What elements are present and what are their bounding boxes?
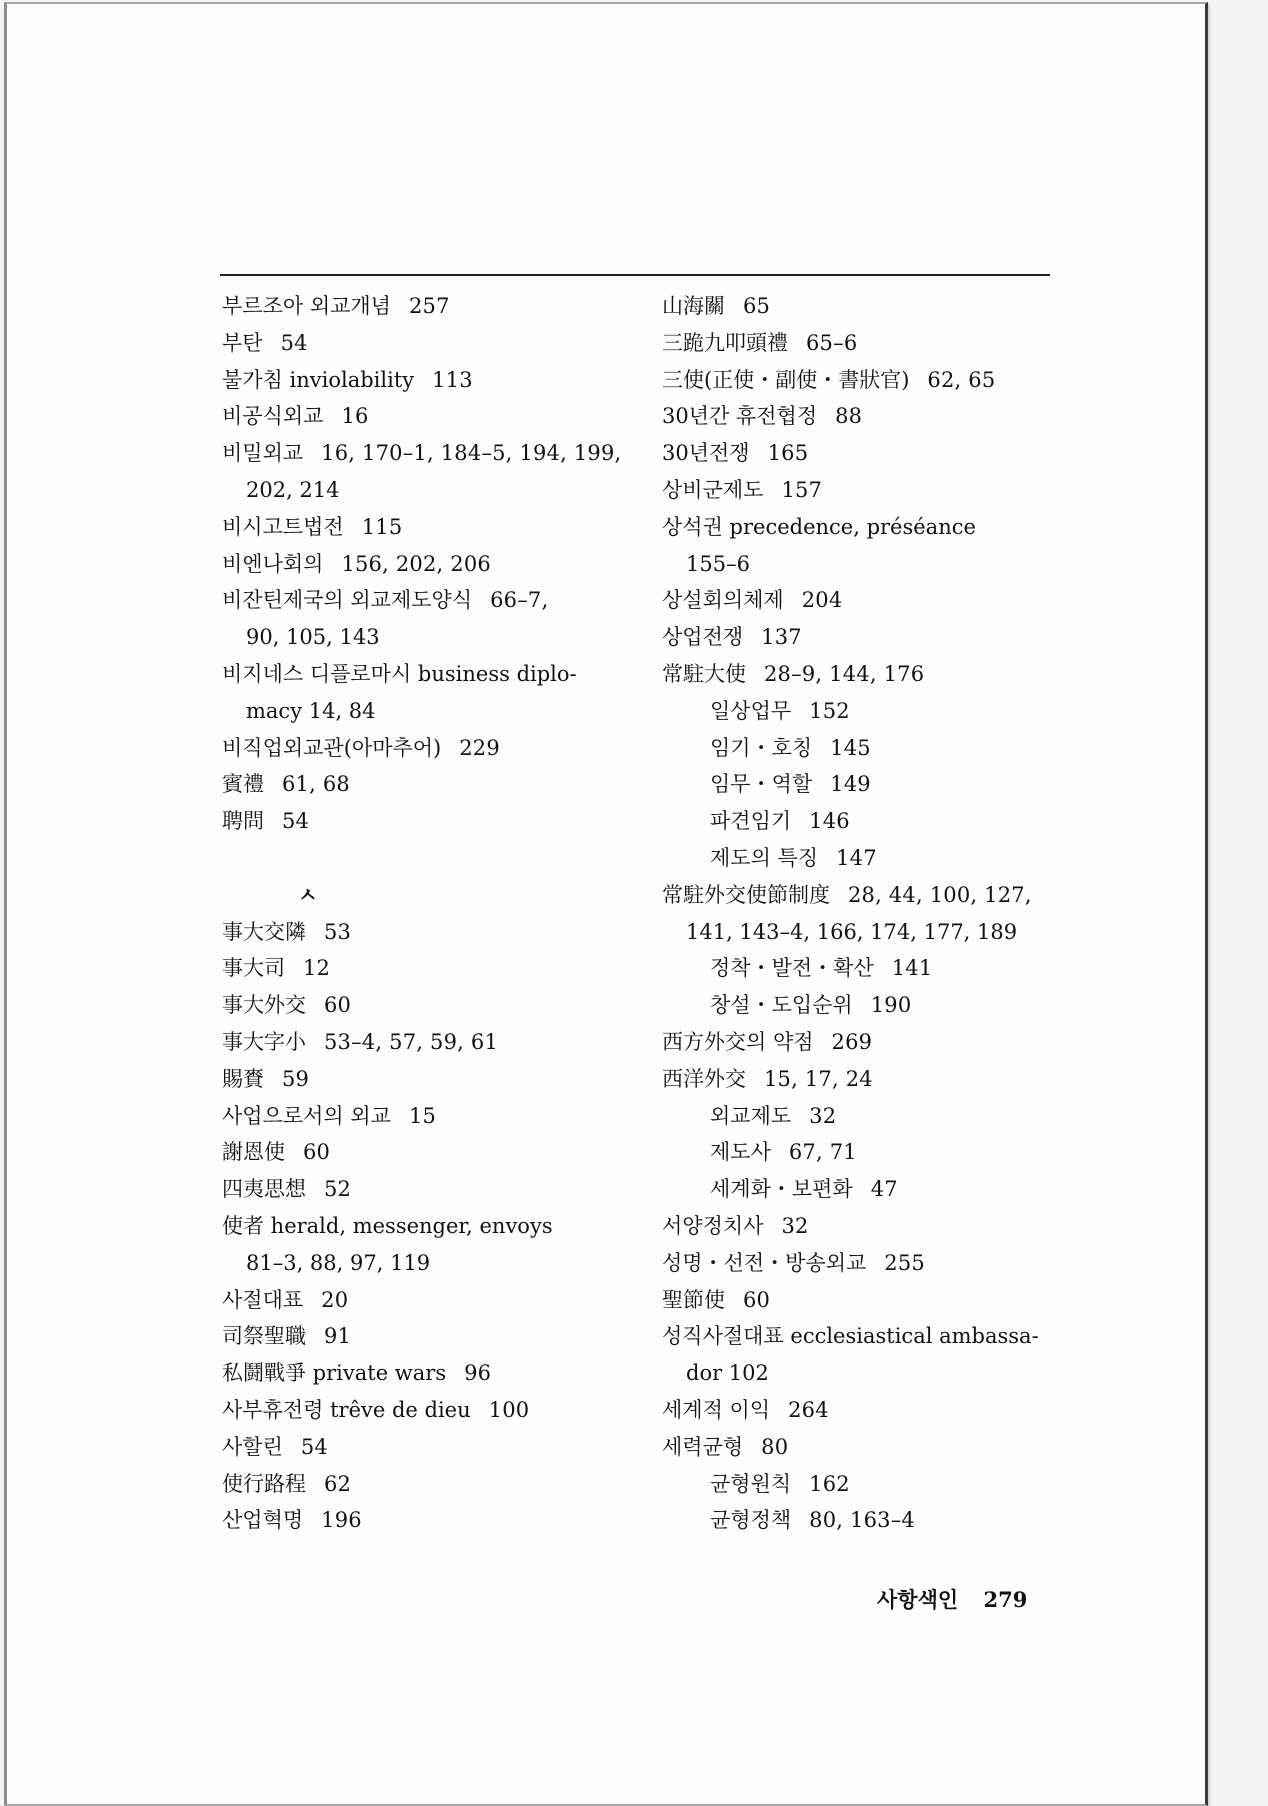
entry-term: 사업으로서의 외교 <box>222 1104 391 1128</box>
subentry-term: 정착・발전・확산 <box>710 956 874 980</box>
page-references: 54 <box>282 809 309 833</box>
entry-term: 상업전쟁 <box>662 625 743 649</box>
page-references: 15 <box>409 1104 436 1128</box>
subentry-term: 창설・도입순위 <box>710 993 853 1017</box>
index-entry-continuation: 155–6 <box>662 546 1062 583</box>
index-subentry: 제도의 특징147 <box>662 840 1062 877</box>
index-entry-continuation: 81–3, 88, 97, 119 <box>222 1245 632 1282</box>
index-entry: 賜賚59 <box>222 1061 632 1098</box>
page-references: 16, 170–1, 184–5, 194, 199, <box>321 441 621 465</box>
entry-term: 부르조아 외교개념 <box>222 294 391 318</box>
page-references: 264 <box>788 1398 829 1422</box>
index-subentry: 정착・발전・확산141 <box>662 950 1062 987</box>
index-subentry: 창설・도입순위190 <box>662 987 1062 1024</box>
index-entry: 聖節使60 <box>662 1282 1062 1319</box>
index-entry: 세계적 이익264 <box>662 1392 1062 1429</box>
index-subentry: 제도사67, 71 <box>662 1134 1062 1171</box>
index-entry: 불가침 inviolability113 <box>222 362 632 399</box>
index-entry: 비공식외교16 <box>222 398 632 435</box>
page-references: 100 <box>489 1398 530 1422</box>
index-subentry: 임무・역할149 <box>662 766 1062 803</box>
entry-term: 30년간 휴전협정 <box>662 404 817 428</box>
book-page: 부르조아 외교개념257부탄54불가침 inviolability113비공식외… <box>4 2 1208 1806</box>
page-references: 32 <box>781 1214 808 1238</box>
entry-term: 사할린 <box>222 1435 283 1459</box>
page-references: 47 <box>871 1177 898 1201</box>
entry-term: 사부휴전령 trêve de dieu <box>222 1398 471 1422</box>
index-entry-continuation: 141, 143–4, 166, 174, 177, 189 <box>662 914 1062 951</box>
entry-term: 事大字小 <box>222 1030 306 1054</box>
index-entry: 성명・선전・방송외교255 <box>662 1245 1062 1282</box>
page-references: 149 <box>830 772 871 796</box>
index-entry: 賓禮61, 68 <box>222 766 632 803</box>
page-references: 190 <box>871 993 912 1017</box>
page-references: 162 <box>809 1472 850 1496</box>
entry-term: 사절대표 <box>222 1288 303 1312</box>
page-references: 54 <box>301 1435 328 1459</box>
entry-term: 비직업외교관(아마추어) <box>222 736 441 760</box>
index-entry: 비지네스 디플로마시 business diplo- <box>222 656 632 693</box>
index-entry: 비잔틴제국의 외교제도양식66–7, <box>222 582 632 619</box>
page-references: 115 <box>362 515 403 539</box>
page-references: 16 <box>341 404 368 428</box>
entry-term: 비밀외교 <box>222 441 303 465</box>
index-entry: 私鬪戰爭 private wars96 <box>222 1355 632 1392</box>
index-entry: 비직업외교관(아마추어)229 <box>222 730 632 767</box>
entry-term: 상설회의체제 <box>662 588 784 612</box>
index-entry: 聘問54 <box>222 803 632 840</box>
index-entry: 비엔나회의156, 202, 206 <box>222 546 632 583</box>
page-references: 60 <box>743 1288 770 1312</box>
index-subentry: 세계화・보편화47 <box>662 1171 1062 1208</box>
index-subentry: 균형정책80, 163–4 <box>662 1502 1062 1539</box>
index-entry-continuation: 202, 214 <box>222 472 632 509</box>
entry-term: 山海關 <box>662 294 725 318</box>
page-references: 147 <box>836 846 877 870</box>
page-footer: 사항색인 279 <box>877 1584 1027 1614</box>
entry-term: 聘問 <box>222 809 264 833</box>
subentry-term: 임무・역할 <box>710 772 812 796</box>
entry-term: 司祭聖職 <box>222 1324 306 1348</box>
index-entry: 西洋外交15, 17, 24 <box>662 1061 1062 1098</box>
index-entry: 三跪九叩頭禮65–6 <box>662 325 1062 362</box>
index-entry: 常駐外交使節制度28, 44, 100, 127, <box>662 877 1062 914</box>
index-entry-continuation: 90, 105, 143 <box>222 619 632 656</box>
page-references: 255 <box>884 1251 925 1275</box>
subentry-term: 제도의 특징 <box>710 846 818 870</box>
entry-term: 산업혁명 <box>222 1508 303 1532</box>
page-references: 53–4, 57, 59, 61 <box>324 1030 498 1054</box>
index-subentry: 균형원칙162 <box>662 1466 1062 1503</box>
index-entry: 상비군제도157 <box>662 472 1062 509</box>
page-references: 257 <box>409 294 450 318</box>
page-references: 28–9, 144, 176 <box>764 662 924 686</box>
index-entry: 事大交隣53 <box>222 914 632 951</box>
page-references: 91 <box>324 1324 351 1348</box>
top-rule <box>220 274 1050 276</box>
page-references: 53 <box>324 920 351 944</box>
entry-term: 비잔틴제국의 외교제도양식 <box>222 588 472 612</box>
page-references: 32 <box>809 1104 836 1128</box>
page-references: 52 <box>324 1177 351 1201</box>
index-entry: 事大司12 <box>222 950 632 987</box>
index-entry: 使者 herald, messenger, envoys <box>222 1208 632 1245</box>
entry-term: 비공식외교 <box>222 404 323 428</box>
index-entry: 비시고트법전115 <box>222 509 632 546</box>
page-references: 65–6 <box>806 331 857 355</box>
index-entry: 使行路程62 <box>222 1466 632 1503</box>
page-references: 156, 202, 206 <box>341 552 491 576</box>
subentry-term: 일상업무 <box>710 699 791 723</box>
page-references: 141 <box>892 956 933 980</box>
running-title: 사항색인 <box>877 1587 958 1612</box>
index-entry: 사업으로서의 외교15 <box>222 1098 632 1135</box>
index-column-left: 부르조아 외교개념257부탄54불가침 inviolability113비공식외… <box>222 288 632 1539</box>
index-entry: 세력균형80 <box>662 1429 1062 1466</box>
page-references: 67, 71 <box>789 1140 857 1164</box>
entry-term: 비엔나회의 <box>222 552 323 576</box>
page-references: 113 <box>432 368 473 392</box>
index-subentry: 파견임기146 <box>662 803 1062 840</box>
entry-term: 세계적 이익 <box>662 1398 770 1422</box>
page-references: 59 <box>282 1067 309 1091</box>
page-references: 269 <box>832 1030 873 1054</box>
page-references: 229 <box>459 736 500 760</box>
index-entry: 서양정치사32 <box>662 1208 1062 1245</box>
page-references: 96 <box>464 1361 491 1385</box>
subentry-term: 세계화・보편화 <box>710 1177 853 1201</box>
entry-term: 西洋外交 <box>662 1067 746 1091</box>
page-references: 157 <box>781 478 822 502</box>
index-entry-continuation: dor 102 <box>662 1355 1062 1392</box>
index-entry: 事大外交60 <box>222 987 632 1024</box>
entry-term: 西方外交의 약점 <box>662 1030 814 1054</box>
page-references: 65 <box>743 294 770 318</box>
subentry-term: 외교제도 <box>710 1104 791 1128</box>
entry-term: 세력균형 <box>662 1435 743 1459</box>
index-entry: 사부휴전령 trêve de dieu100 <box>222 1392 632 1429</box>
index-entry: 事大字小53–4, 57, 59, 61 <box>222 1024 632 1061</box>
page-references: 28, 44, 100, 127, <box>848 883 1032 907</box>
entry-term: 使者 herald, messenger, envoys <box>222 1214 553 1238</box>
entry-term: 謝恩使 <box>222 1140 285 1164</box>
entry-term: 三使(正使・副使・書狀官) <box>662 368 909 392</box>
section-spacer <box>222 840 632 877</box>
page-references: 60 <box>324 993 351 1017</box>
index-entry: 부르조아 외교개념257 <box>222 288 632 325</box>
page-references: 80, 163–4 <box>809 1508 915 1532</box>
entry-term: 성직사절대표 ecclesiastical ambassa- <box>662 1324 1039 1348</box>
index-entry: 30년간 휴전협정88 <box>662 398 1062 435</box>
index-subentry: 임기・호칭145 <box>662 730 1062 767</box>
entry-term: 비지네스 디플로마시 business diplo- <box>222 662 577 686</box>
page-references: 146 <box>809 809 850 833</box>
index-entry: 사절대표20 <box>222 1282 632 1319</box>
entry-term: 私鬪戰爭 private wars <box>222 1361 446 1385</box>
subentry-term: 임기・호칭 <box>710 736 812 760</box>
entry-term: 비시고트법전 <box>222 515 344 539</box>
index-entry: 상석권 precedence, préséance <box>662 509 1062 546</box>
index-entry: 사할린54 <box>222 1429 632 1466</box>
entry-term: 불가침 inviolability <box>222 368 414 392</box>
index-entry: 司祭聖職91 <box>222 1318 632 1355</box>
page-references: 62, 65 <box>927 368 995 392</box>
page-references: 61, 68 <box>282 772 350 796</box>
index-column-right: 山海關65三跪九叩頭禮65–6三使(正使・副使・書狀官)62, 6530년간 휴… <box>662 288 1062 1539</box>
entry-term: 賓禮 <box>222 772 264 796</box>
index-entry: 30년전쟁165 <box>662 435 1062 472</box>
entry-term: 상석권 precedence, préséance <box>662 515 976 539</box>
index-entry: 三使(正使・副使・書狀官)62, 65 <box>662 362 1062 399</box>
entry-term: 서양정치사 <box>662 1214 763 1238</box>
page-references: 62 <box>324 1472 351 1496</box>
entry-term: 使行路程 <box>222 1472 306 1496</box>
entry-term: 성명・선전・방송외교 <box>662 1251 866 1275</box>
index-entry-continuation: macy 14, 84 <box>222 693 632 730</box>
entry-term: 常駐大使 <box>662 662 746 686</box>
page-references: 88 <box>835 404 862 428</box>
subentry-term: 제도사 <box>710 1140 771 1164</box>
page-references: 137 <box>761 625 802 649</box>
page-references: 152 <box>809 699 850 723</box>
page-references: 80 <box>761 1435 788 1459</box>
entry-term: 事大外交 <box>222 993 306 1017</box>
entry-term: 賜賚 <box>222 1067 264 1091</box>
entry-term: 常駐外交使節制度 <box>662 883 830 907</box>
index-entry: 산업혁명196 <box>222 1502 632 1539</box>
page-references: 165 <box>768 441 809 465</box>
entry-term: 事大交隣 <box>222 920 306 944</box>
subentry-term: 균형원칙 <box>710 1472 791 1496</box>
subentry-term: 파견임기 <box>710 809 791 833</box>
page-references: 145 <box>830 736 871 760</box>
index-entry: 西方外交의 약점269 <box>662 1024 1062 1061</box>
page-number: 279 <box>983 1587 1027 1612</box>
index-entry: 山海關65 <box>662 288 1062 325</box>
index-subentry: 외교제도32 <box>662 1098 1062 1135</box>
page-references: 20 <box>321 1288 348 1312</box>
entry-term: 四夷思想 <box>222 1177 306 1201</box>
entry-term: 事大司 <box>222 956 285 980</box>
index-entry: 謝恩使60 <box>222 1134 632 1171</box>
index-entry: 성직사절대표 ecclesiastical ambassa- <box>662 1318 1062 1355</box>
index-entry: 常駐大使28–9, 144, 176 <box>662 656 1062 693</box>
page-references: 15, 17, 24 <box>764 1067 873 1091</box>
entry-term: 30년전쟁 <box>662 441 750 465</box>
page-references: 60 <box>303 1140 330 1164</box>
page-references: 196 <box>321 1508 362 1532</box>
index-entry: 四夷思想52 <box>222 1171 632 1208</box>
page-references: 204 <box>802 588 843 612</box>
index-entry: 상설회의체제204 <box>662 582 1062 619</box>
entry-term: 三跪九叩頭禮 <box>662 331 788 355</box>
page-references: 12 <box>303 956 330 980</box>
subentry-term: 균형정책 <box>710 1508 791 1532</box>
entry-term: 부탄 <box>222 331 263 355</box>
index-entry: 상업전쟁137 <box>662 619 1062 656</box>
section-heading-letter: ㅅ <box>222 877 632 914</box>
index-entry: 부탄54 <box>222 325 632 362</box>
page-references: 54 <box>281 331 308 355</box>
index-entry: 비밀외교16, 170–1, 184–5, 194, 199, <box>222 435 632 472</box>
entry-term: 상비군제도 <box>662 478 763 502</box>
index-subentry: 일상업무152 <box>662 693 1062 730</box>
entry-term: 聖節使 <box>662 1288 725 1312</box>
page-references: 66–7, <box>490 588 548 612</box>
